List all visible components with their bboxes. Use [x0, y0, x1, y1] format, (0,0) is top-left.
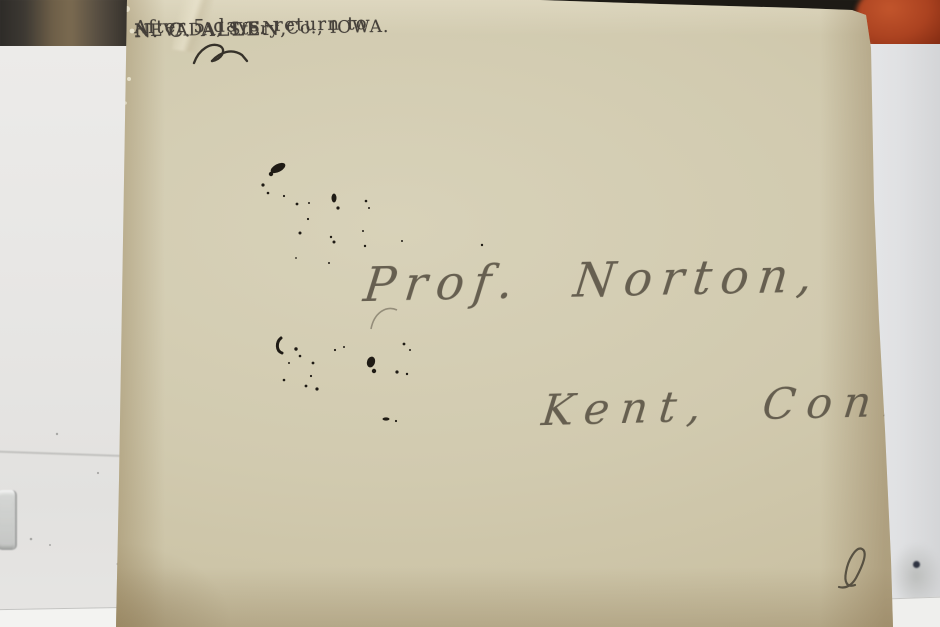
faint-pencil-curve: [371, 309, 397, 329]
ink-splatter-lower: [277, 338, 411, 422]
dust-specks: [0, 46, 132, 627]
ink-marks-overlay: [0, 0, 940, 627]
pen-scrawl-over-initial: [194, 45, 247, 63]
stray-pen-loop: [839, 549, 865, 588]
ink-splatter-upper: [261, 161, 483, 264]
blurred-shelf-backdrop: [0, 0, 134, 52]
glass-object: [0, 490, 17, 550]
envelope: After 5 days, return to N. C. ALLEN, NEV…: [0, 0, 940, 627]
photo-of-envelope: After 5 days, return to N. C. ALLEN, NEV…: [0, 0, 940, 627]
dark-speck: [913, 561, 920, 568]
